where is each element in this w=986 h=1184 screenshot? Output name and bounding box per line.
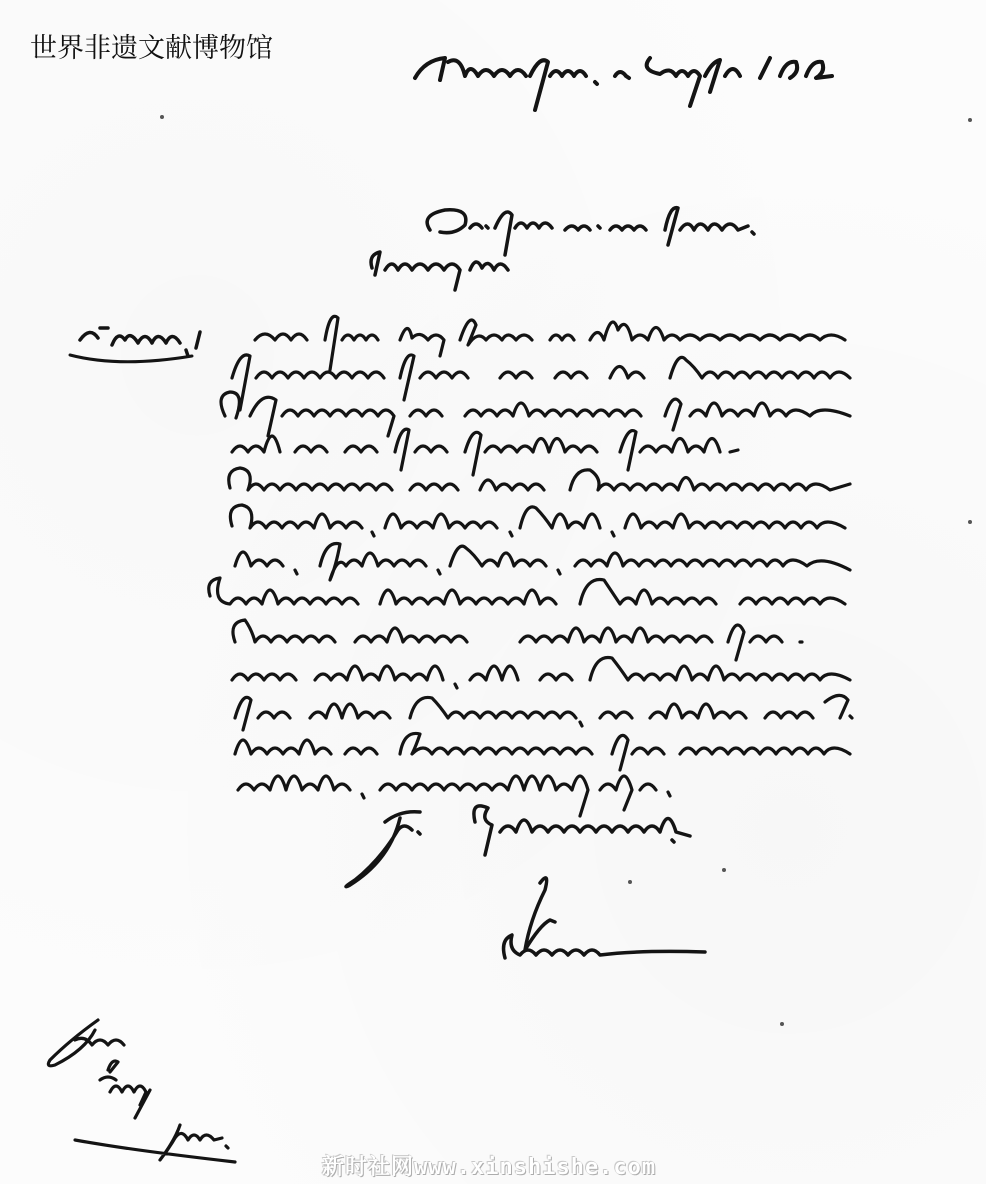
paper-speck xyxy=(968,520,972,524)
document-scan: 世界非遗文献博物馆 Mannheim, 1. August 1888 Die G… xyxy=(0,0,986,1184)
paper-speck xyxy=(628,880,632,884)
watermark: 新时社网www.xinshishe.com xyxy=(322,1150,656,1181)
paper-speck xyxy=(968,118,972,122)
paper-speck xyxy=(780,1022,784,1026)
paper-speck xyxy=(160,115,164,119)
handwriting-strokes xyxy=(0,0,986,1184)
paper-speck xyxy=(722,868,726,872)
